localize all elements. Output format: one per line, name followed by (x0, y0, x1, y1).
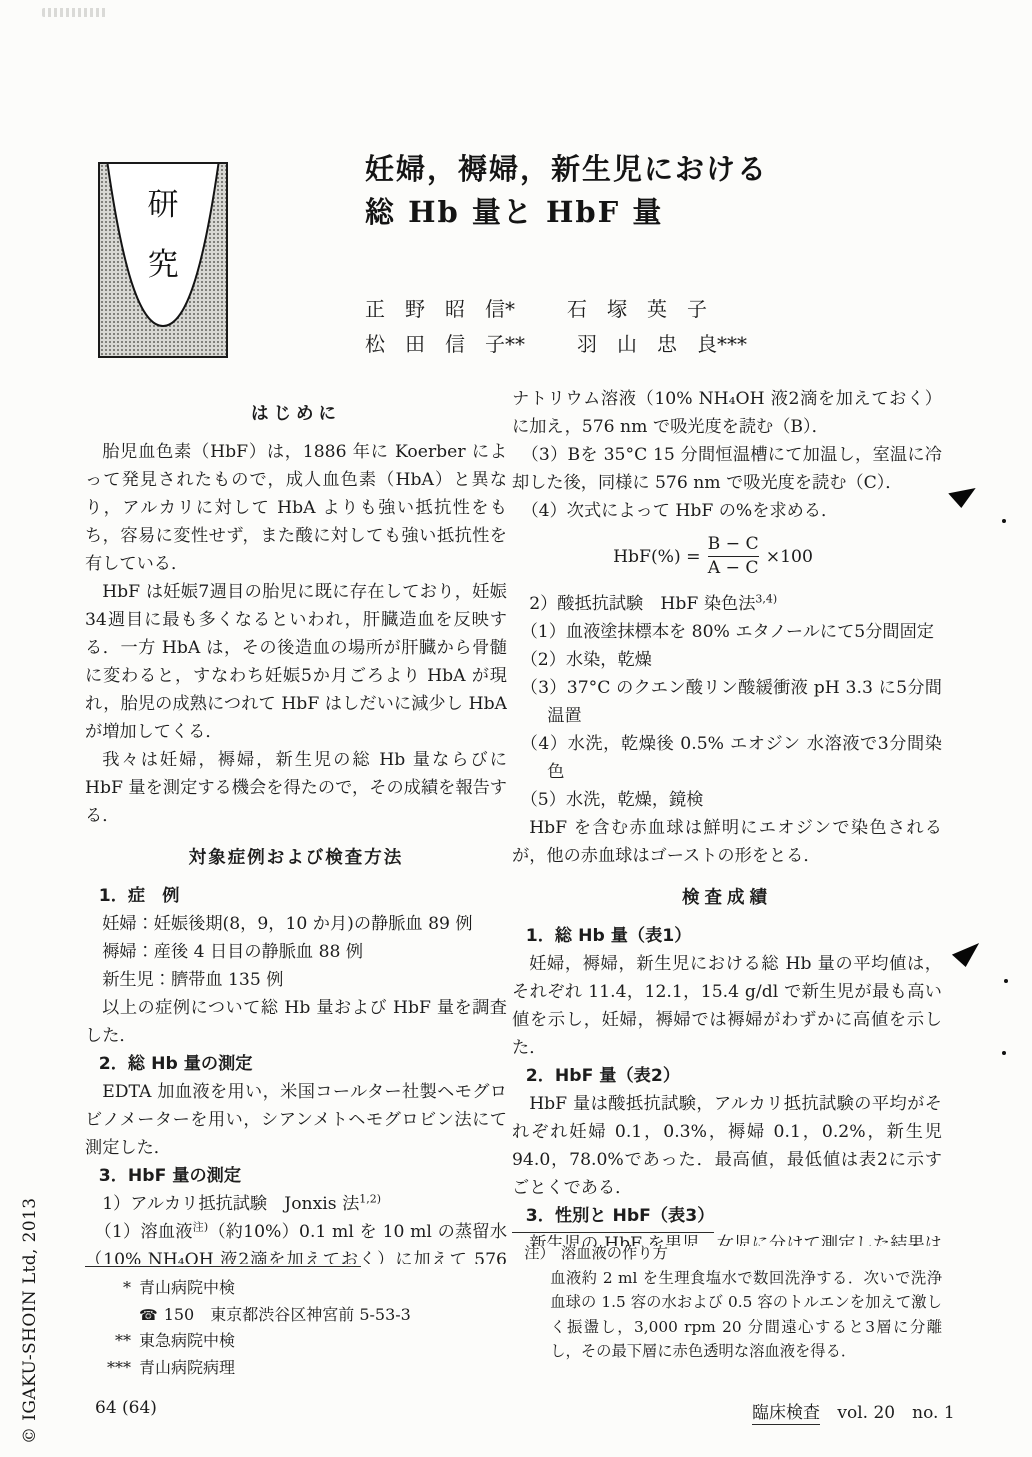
ink-mark-triangle-1 (947, 486, 975, 509)
procedure-step: （1）溶血液注)（約10%）0.1 ml を 10 ml の蒸留水（10% NH… (85, 1218, 507, 1264)
author-row-2: 松 田 信 子**羽 山 忠 良*** (365, 327, 965, 362)
hemolysate-note: 注） 溶血液の作り方 血液約 2 ml を生理食塩水で数回洗浄する．次いで洗浄血… (512, 1232, 942, 1364)
scan-speck (42, 8, 108, 17)
affiliation-footnotes: * 青山病院中検 ☎150 東京都渋谷区神宮前 5-53-3 ** 東急病院中検… (85, 1266, 507, 1381)
left-column: はじめに 胎児血色素（HbF）は，1886 年に Koerber によって発見さ… (85, 400, 507, 1264)
footnote-mark: ** (85, 1328, 131, 1355)
subheading-total-hb: 2．総 Hb 量の測定 (85, 1050, 507, 1078)
author-row-1: 正 野 昭 信*石 塚 英 子 (365, 292, 965, 327)
affiliation-text: 青山病院病理 (139, 1355, 507, 1382)
procedure-step: （4）次式によって HbF の%を求める． (512, 497, 942, 525)
footnote-row: * 青山病院中検 (85, 1275, 507, 1302)
title-line-1: 妊婦，褥婦，新生児における (365, 148, 965, 191)
logo-char-ken: 研 (148, 190, 179, 221)
hbf-percentage-formula: HbF(%) = B − C A − C ×100 (512, 533, 914, 580)
paragraph: 以上の症例について総 Hb 量および HbF 量を調査した． (85, 994, 507, 1050)
research-label-box: 研 究 (98, 162, 228, 358)
note-heading: 注） 溶血液の作り方 (512, 1241, 942, 1266)
formula-denominator: A − C (708, 556, 759, 580)
note-rule (512, 1232, 714, 1233)
footnote-mark: * (85, 1275, 131, 1302)
author-name: 松 田 信 子** (365, 332, 525, 356)
paragraph: 我々は妊婦，褥婦，新生児の総 Hb 量ならびに HbF 量を測定する機会を得たの… (85, 746, 507, 830)
affiliation-text: 青山病院中検 (139, 1275, 507, 1302)
journal-name: 臨床検査 (752, 1403, 820, 1425)
footnote-mark: *** (85, 1355, 131, 1382)
acid-test-heading: 2）酸抵抗試験 HbF 染色法3,4) (512, 590, 942, 618)
copyright-vertical-text: © IGAKU-SHOIN Ltd, 2013 (20, 1197, 40, 1444)
procedure-step: （3）Bを 35°C 15 分間恒温槽にて加温し，室温に冷却した後，同様に 57… (512, 441, 942, 497)
ink-dot-3 (1002, 1051, 1006, 1055)
subheading-result-sex: 3．性別と HbF（表3） (512, 1202, 942, 1230)
journal-page: 研 究 妊婦，褥婦，新生児における 総 Hb 量と HbF 量 正 野 昭 信*… (0, 0, 1032, 1457)
paragraph: HbF 量は酸抵抗試験，アルカリ抵抗試験の平均がそれぞれ妊婦 0.1，0.3%，… (512, 1090, 942, 1202)
footnote-mark (85, 1302, 131, 1329)
author-name: 羽 山 忠 良*** (577, 332, 747, 356)
paragraph: HbF は妊娠7週目の胎児に既に存在しており，妊娠34週目に最も多くなるといわれ… (85, 578, 507, 746)
footnote-rule (85, 1266, 361, 1267)
procedure-step: （5）水洗，乾燥，鏡検 (512, 786, 942, 814)
title-line-2: 総 Hb 量と HbF 量 (365, 191, 965, 234)
section-heading-results: 検査成績 (512, 884, 942, 912)
note-superscript: 注) (193, 1220, 209, 1233)
author-list: 正 野 昭 信*石 塚 英 子 松 田 信 子**羽 山 忠 良*** (365, 292, 965, 362)
right-column: ナトリウム溶液（10% NH₄OH 液2滴を加えておく）に加え，576 nm で… (512, 385, 942, 1246)
footnote-row: *** 青山病院病理 (85, 1355, 507, 1382)
section-heading-intro: はじめに (85, 400, 507, 428)
note-label: 注） (524, 1241, 555, 1266)
procedure-step: （3）37°C のクエン酸リン酸緩衝液 pH 3.3 に5分間温置 (512, 674, 942, 730)
subheading-cases: 1．症 例 (85, 882, 507, 910)
reference-superscript: 1,2) (359, 1192, 381, 1205)
alkali-test-heading: 1）アルカリ抵抗試験 Jonxis 法1,2) (85, 1190, 507, 1218)
ink-mark-triangle-2 (951, 943, 981, 968)
case-line: 新生児：臍帯血 135 例 (85, 966, 507, 994)
paragraph-continuation: ナトリウム溶液（10% NH₄OH 液2滴を加えておく）に加え，576 nm で… (512, 385, 942, 441)
affiliation-text: 東急病院中検 (139, 1328, 507, 1355)
ink-dot-1 (1002, 519, 1006, 523)
formula-numerator: B − C (708, 533, 759, 556)
case-line: 褥婦：産後 4 日目の静脈血 88 例 (85, 938, 507, 966)
page-number: 64 (64) (95, 1398, 157, 1418)
logo-char-kyu: 究 (148, 250, 179, 281)
paragraph: 妊婦，褥婦，新生児における総 Hb 量の平均値は，それぞれ 11.4，12.1，… (512, 950, 942, 1062)
paragraph: HbF を含む赤血球は鮮明にエオジンで染色されるが，他の赤血球はゴーストの形をと… (512, 814, 942, 870)
reference-superscript: 3,4) (755, 592, 777, 605)
author-name: 正 野 昭 信* (365, 297, 515, 321)
section-heading-methods: 対象症例および検査方法 (85, 844, 507, 872)
footnote-row: ** 東急病院中検 (85, 1328, 507, 1355)
author-name: 石 塚 英 子 (567, 297, 707, 321)
note-title: 溶血液の作り方 (561, 1241, 668, 1266)
formula-lhs: HbF(%) = (613, 543, 701, 571)
formula-fraction: B − C A − C (708, 533, 759, 580)
procedure-step: （2）水染，乾燥 (512, 646, 942, 674)
subheading-hbf: 3．HbF 量の測定 (85, 1162, 507, 1190)
subheading-result-hbf: 2．HbF 量（表2） (512, 1062, 942, 1090)
paragraph: EDTA 加血液を用い，米国コールター社製ヘモグロビノメーターを用い，シアンメト… (85, 1078, 507, 1162)
footnote-row: ☎150 東京都渋谷区神宮前 5-53-3 (85, 1302, 507, 1329)
article-title: 妊婦，褥婦，新生児における 総 Hb 量と HbF 量 (365, 148, 965, 234)
paragraph: 胎児血色素（HbF）は，1886 年に Koerber によって発見されたもので… (85, 438, 507, 578)
procedure-step: （4）水洗，乾燥後 0.5% エオジン 水溶液で3分間染色 (512, 730, 942, 786)
address-text: ☎150 東京都渋谷区神宮前 5-53-3 (139, 1302, 507, 1329)
journal-vol-no: vol. 20 no. 1 (837, 1403, 954, 1423)
ink-dot-2 (1004, 979, 1008, 983)
subheading-result-hb: 1．総 Hb 量（表1） (512, 922, 942, 950)
journal-footer: 臨床検査 vol. 20 no. 1 (752, 1398, 955, 1423)
case-line: 妊婦：妊娠後期(8，9，10 か月)の静脈血 89 例 (85, 910, 507, 938)
note-body: 血液約 2 ml を生理食塩水で数回洗浄する．次いで洗浄血球の 1.5 容の水お… (512, 1266, 942, 1364)
procedure-step: （1）血液塗抹標本を 80% エタノールにて5分間固定 (512, 618, 942, 646)
telephone-icon: ☎ (139, 1306, 158, 1324)
formula-multiplier: ×100 (766, 543, 813, 571)
